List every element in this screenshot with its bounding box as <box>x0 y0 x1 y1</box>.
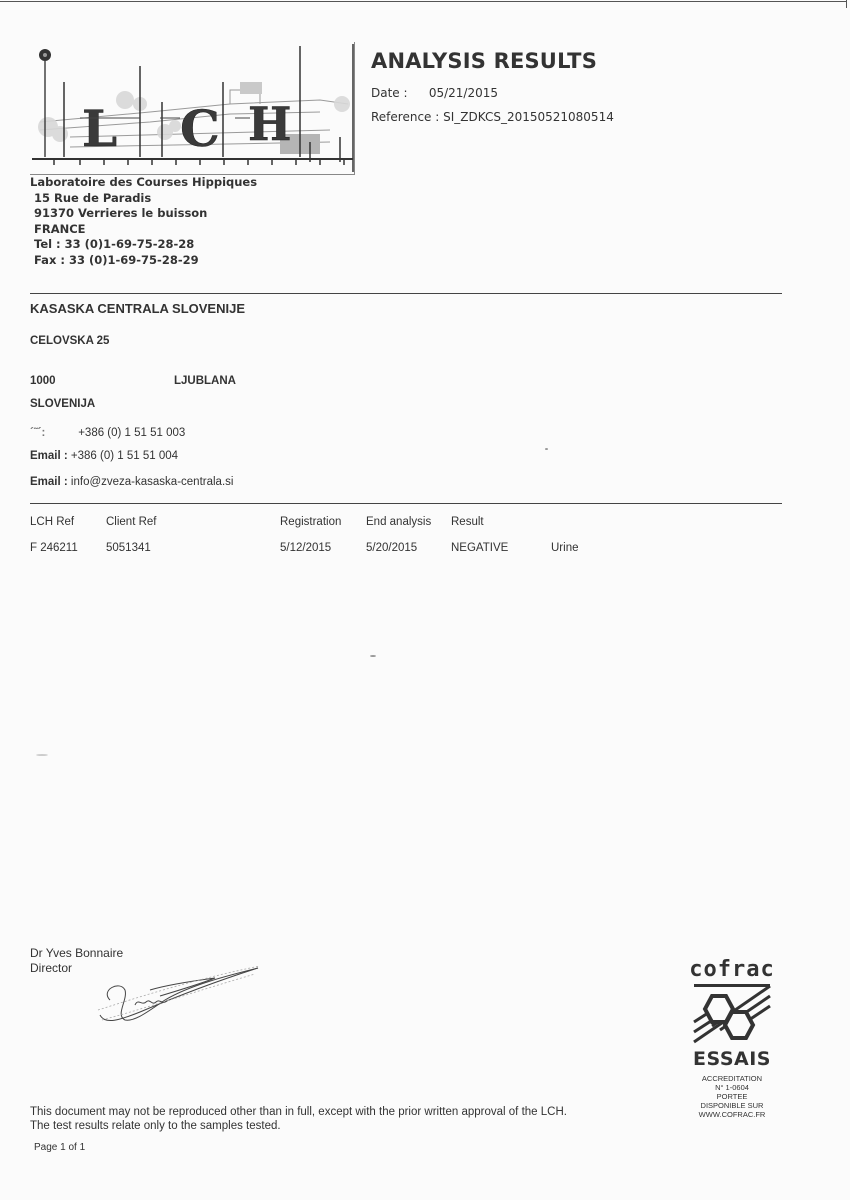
column-header-end-analysis: End analysis <box>366 516 431 528</box>
svg-text:C: C <box>180 99 220 158</box>
reference-value: SI_ZDKCS_20150521080514 <box>443 110 614 124</box>
fax-label: Email : <box>30 450 68 462</box>
reference-label: Reference : <box>371 110 439 124</box>
accreditation-number: N° 1-0604 <box>684 1083 780 1092</box>
client-postal-code: 1000 <box>30 375 56 387</box>
cell-sample-type: Urine <box>551 542 578 554</box>
report-reference: Reference : SI_ZDKCS_20150521080514 <box>371 110 614 124</box>
lch-logo: L C H <box>30 42 355 175</box>
lab-country: FRANCE <box>30 222 257 238</box>
client-street: CELOVSKA 25 <box>30 335 109 347</box>
laboratory-address: Laboratoire des Courses Hippiques 15 Rue… <box>30 175 257 268</box>
client-name: KASASKA CENTRALA SLOVENIJE <box>30 301 245 316</box>
cell-end-analysis: 5/20/2015 <box>366 542 417 554</box>
disclaimer-line-1: This document may not be reproduced othe… <box>30 1106 567 1120</box>
cofrac-hexagon-logo-icon <box>692 982 772 1046</box>
phone-value: +386 (0) 1 51 51 003 <box>78 427 185 439</box>
cofrac-brand: cofrac <box>684 958 780 982</box>
client-country: SLOVENIJA <box>30 398 95 410</box>
lch-building-logo-icon: L C H <box>30 42 354 174</box>
lab-street: 15 Rue de Paradis <box>30 191 257 207</box>
accreditation-line: PORTEE <box>684 1092 780 1101</box>
column-header-result: Result <box>451 516 484 528</box>
column-header-lch-ref: LCH Ref <box>30 516 74 528</box>
column-header-client-ref: Client Ref <box>106 516 157 528</box>
handwritten-signature-icon <box>90 960 270 1035</box>
divider <box>30 503 782 504</box>
accreditation-details: ACCREDITATION N° 1-0604 PORTEE DISPONIBL… <box>684 1074 780 1119</box>
scan-top-edge <box>0 1 846 2</box>
page-number: Page 1 of 1 <box>34 1142 85 1153</box>
svg-text:L: L <box>82 99 117 158</box>
svg-text:H: H <box>248 97 291 151</box>
disclaimer-line-2: The test results relate only to the samp… <box>30 1120 567 1134</box>
cofrac-essais-label: ESSAIS <box>684 1048 780 1070</box>
accreditation-line: ACCREDITATION <box>684 1074 780 1083</box>
report-date: Date : 05/21/2015 <box>371 86 498 100</box>
client-city: LJUBLANA <box>174 375 236 387</box>
scan-artifact <box>370 655 376 657</box>
cell-registration: 5/12/2015 <box>280 542 331 554</box>
scan-artifact <box>545 448 548 450</box>
cell-lch-ref: F 246211 <box>30 542 78 554</box>
fax-value: +386 (0) 1 51 51 004 <box>71 450 178 462</box>
client-fax: Email : +386 (0) 1 51 51 004 <box>30 450 178 462</box>
accreditation-url: WWW.COFRAC.FR <box>684 1110 780 1119</box>
cell-client-ref: 5051341 <box>106 542 151 554</box>
divider <box>30 293 782 294</box>
cofrac-accreditation-badge: cofrac ESSAIS ACCREDITATION N° 1-0604 PO… <box>684 958 780 1119</box>
lab-name: Laboratoire des Courses Hippiques <box>30 175 257 191</box>
phone-label: ´˜´: <box>30 427 75 439</box>
lab-tel: Tel : 33 (0)1-69-75-28-28 <box>30 237 257 253</box>
lab-city: 91370 Verrieres le buisson <box>30 206 257 222</box>
signatory-name: Dr Yves Bonnaire <box>30 946 123 961</box>
scan-artifact <box>36 754 48 756</box>
accreditation-line: DISPONIBLE SUR <box>684 1101 780 1110</box>
email-label: Email : <box>30 476 68 488</box>
footer-disclaimer: This document may not be reproduced othe… <box>30 1106 567 1133</box>
lab-fax: Fax : 33 (0)1-69-75-28-29 <box>30 253 257 269</box>
client-email: Email : info@zveza-kasaska-centrala.si <box>30 476 233 488</box>
client-phone: ´˜´: +386 (0) 1 51 51 003 <box>30 427 185 439</box>
email-value: info@zveza-kasaska-centrala.si <box>71 476 234 488</box>
document-title: ANALYSIS RESULTS <box>371 49 597 73</box>
scan-top-corner <box>846 0 847 8</box>
date-value: 05/21/2015 <box>429 86 498 100</box>
column-header-registration: Registration <box>280 516 341 528</box>
date-label: Date : <box>371 86 425 100</box>
cell-result: NEGATIVE <box>451 542 508 554</box>
